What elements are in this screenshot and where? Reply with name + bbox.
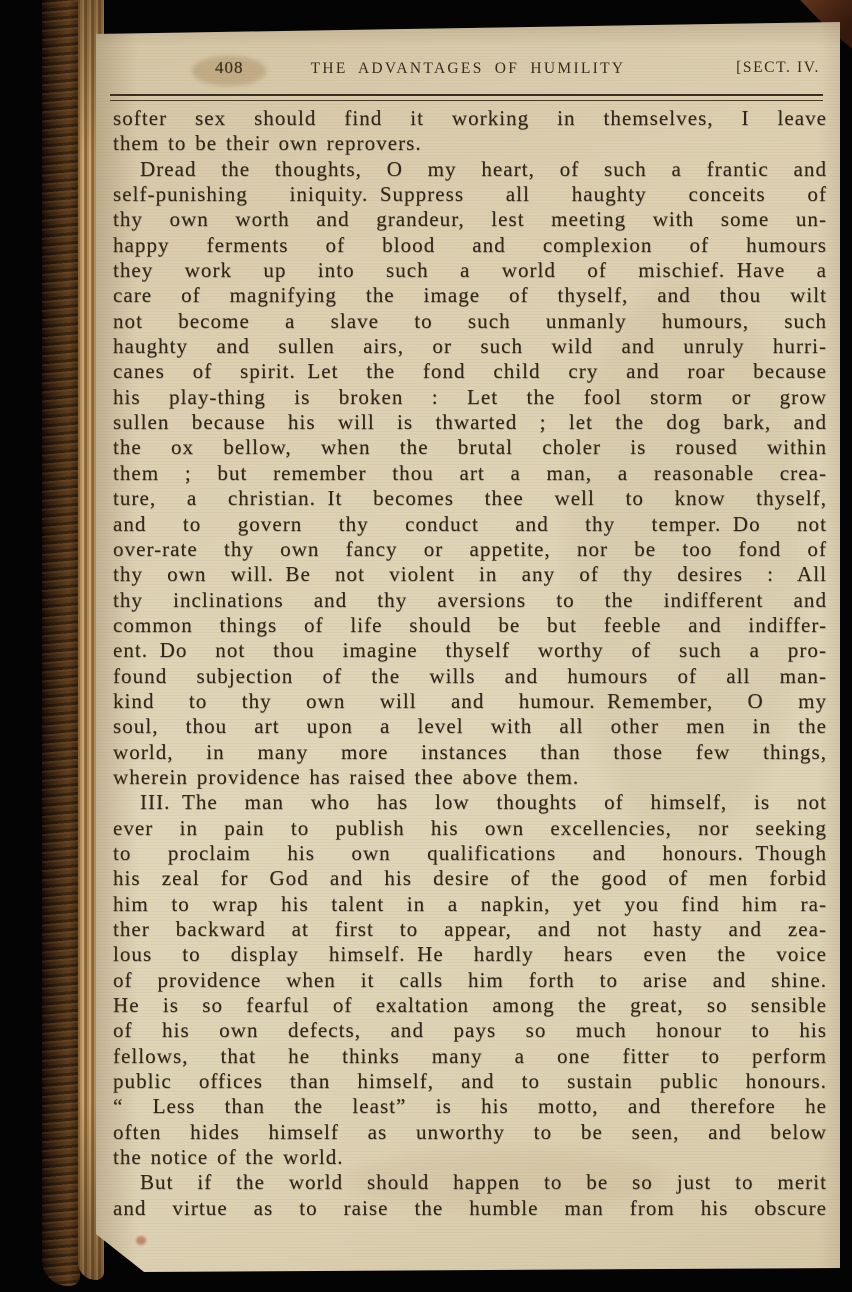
text-line: ent. Do not thou imagine thyself worthy … <box>113 638 827 663</box>
text-line: softer sex should find it working in the… <box>113 106 827 131</box>
text-line: and virtue as to raise the humble man fr… <box>113 1196 827 1221</box>
text-line: kind to thy own will and humour. Remembe… <box>113 689 827 714</box>
book-spine-edge <box>42 0 80 1286</box>
text-line: lous to display himself. He hardly hears… <box>113 942 827 967</box>
text-line: his play-thing is broken : Let the fool … <box>113 385 827 410</box>
text-line: But if the world should happen to be so … <box>113 1170 827 1195</box>
header-double-rule <box>110 94 823 101</box>
text-line: happy ferments of blood and complexion o… <box>113 233 827 258</box>
text-line: Dread the thoughts, O my heart, of such … <box>113 157 827 182</box>
text-line: ever in pain to publish his own excellen… <box>113 816 827 841</box>
paragraph: But if the world should happen to be so … <box>113 1170 827 1221</box>
text-line: fellows, that he thinks many a one fitte… <box>113 1044 827 1069</box>
text-line: ture, a christian. It becomes thee well … <box>113 486 827 511</box>
text-line: soul, thou art upon a level with all oth… <box>113 714 827 739</box>
text-line: self-punishing iniquity. Suppress all ha… <box>113 182 827 207</box>
text-line: thy own will. Be not violent in any of t… <box>113 562 827 587</box>
text-line: He is so fearful of exaltation among the… <box>113 993 827 1018</box>
text-line: ther backward at first to appear, and no… <box>113 917 827 942</box>
text-line: sullen because his will is thwarted ; le… <box>113 410 827 435</box>
text-line: haughty and sullen airs, or such wild an… <box>113 334 827 359</box>
book-photograph: 408 THE ADVANTAGES OF HUMILITY [SECT. IV… <box>0 0 852 1292</box>
text-line: the notice of the world. <box>113 1145 827 1170</box>
paragraph: III. The man who has low thoughts of him… <box>113 790 827 1170</box>
text-line: wherein providence has raised thee above… <box>113 765 827 790</box>
paper-stain <box>136 1236 146 1245</box>
text-line: thy inclinations and thy aversions to th… <box>113 588 827 613</box>
text-line: often hides himself as unworthy to be se… <box>113 1120 827 1145</box>
paragraph: softer sex should find it working in the… <box>113 106 827 157</box>
text-line: III. The man who has low thoughts of him… <box>113 790 827 815</box>
text-line: not become a slave to such unmanly humou… <box>113 309 827 334</box>
text-line: him to wrap his talent in a napkin, yet … <box>113 892 827 917</box>
text-line: public offices than himself, and to sust… <box>113 1069 827 1094</box>
page-body-text: softer sex should find it working in the… <box>113 106 827 1221</box>
text-line: they work up into such a world of mischi… <box>113 258 827 283</box>
text-line: thy own worth and grandeur, lest meeting… <box>113 207 827 232</box>
text-line: over-rate thy own fancy or appetite, nor… <box>113 537 827 562</box>
text-line: world, in many more instances than those… <box>113 740 827 765</box>
text-line: found subjection of the wills and humour… <box>113 664 827 689</box>
section-label: [SECT. IV. <box>736 59 820 77</box>
text-line: of his own defects, and pays so much hon… <box>113 1018 827 1043</box>
text-line: canes of spirit. Let the fond child cry … <box>113 359 827 384</box>
page-number: 408 <box>215 58 244 78</box>
paragraph: Dread the thoughts, O my heart, of such … <box>113 157 827 791</box>
text-line: “ Less than the least” is his motto, and… <box>113 1094 827 1119</box>
text-line: them to be their own reprovers. <box>113 131 827 156</box>
text-line: them ; but remember thou art a man, a re… <box>113 461 827 486</box>
text-line: of providence when it calls him forth to… <box>113 968 827 993</box>
text-line: common things of life should be but feeb… <box>113 613 827 638</box>
text-line: and to govern thy conduct and thy temper… <box>113 512 827 537</box>
book-page: 408 THE ADVANTAGES OF HUMILITY [SECT. IV… <box>96 20 840 1272</box>
text-line: his zeal for God and his desire of the g… <box>113 866 827 891</box>
running-title: THE ADVANTAGES OF HUMILITY <box>311 60 626 78</box>
page-header: 408 THE ADVANTAGES OF HUMILITY [SECT. IV… <box>96 56 840 84</box>
text-line: the ox bellow, when the brutal choler is… <box>113 435 827 460</box>
text-line: to proclaim his own qualifications and h… <box>113 841 827 866</box>
text-line: care of magnifying the image of thyself,… <box>113 283 827 308</box>
